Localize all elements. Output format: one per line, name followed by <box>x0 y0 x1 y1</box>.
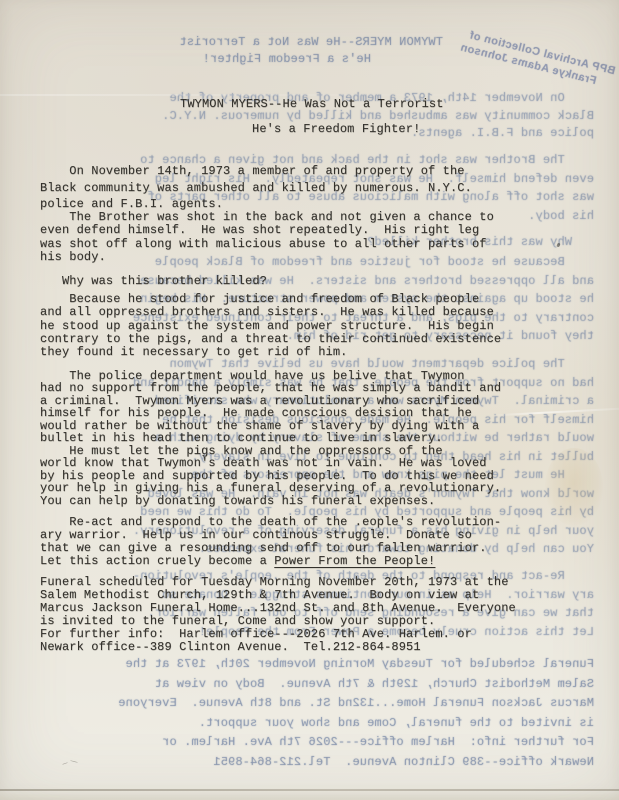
paper-crease <box>0 94 619 96</box>
scanned-flyer-page: TWYMON MYERS--He Was Not a Terrorist He'… <box>0 0 619 800</box>
funeral-notice: Funeral scheduled for Tuesday Morning No… <box>40 576 516 655</box>
underlined-phrase: Power From the People! <box>274 554 435 568</box>
document-title: TWYMON MYERS--He Was Not a Terrorist <box>180 97 444 111</box>
pencil-mark <box>62 759 78 767</box>
paragraph-justice-freedom: Because he stood for justice and freedom… <box>40 293 501 359</box>
bleedthrough-funeral-notice: Funeral scheduled for Tuesday Morning No… <box>118 655 594 772</box>
paragraph-shot-in-back: The Brother was shot in the back and not… <box>40 211 494 265</box>
stray-ink-dot <box>556 243 560 248</box>
paper-crease <box>492 408 619 417</box>
scan-background-strip <box>0 791 619 800</box>
archival-stamp: BPP Archival Collection of Frankye Adams… <box>424 19 617 92</box>
paragraph-react-donate: Re-act and respond to the death of the .… <box>40 516 501 568</box>
paper-stain <box>545 448 603 526</box>
paragraph-why-killed: Why was this brother killed? <box>40 275 267 288</box>
paragraph-revolutionary: The police department would have us beli… <box>40 370 501 507</box>
bleedthrough-subtitle: He's a Freedom Fighter! <box>203 52 371 66</box>
bleedthrough-title: TWYMON MYERS--He Was Not a Terrorist <box>179 35 443 49</box>
document-subtitle: He's a Freedom Fighter! <box>252 122 420 136</box>
paragraph-ambush: On November 14th, 1973 a member of and p… <box>40 163 472 213</box>
